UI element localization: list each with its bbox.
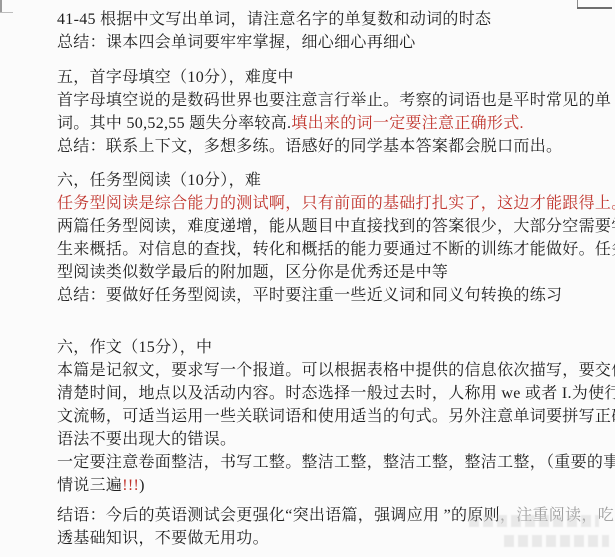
line-text: 结语：今后的英语测试会更强化“突出语篇，强调应用 ”的原则 — [57, 507, 500, 524]
line-text: 清楚时间，地点以及活动内容。时态选择一般过去时，人称用 we 或者 I.为使行 — [57, 385, 615, 402]
section-word-writing-tail: 41-45 根据中文写出单词，请注意名字的单复数和动词的时态 总结：课本四会单词… — [57, 8, 602, 54]
line-text: 情说三遍 — [57, 477, 122, 494]
text-line: 总结：课本四会单词要牢牢掌握，细心细心再细心 — [57, 31, 602, 54]
line-text: 一定要注意卷面整洁，书写工整。整洁工整，整洁工整，整洁工整，（重要的事 — [57, 454, 615, 471]
emphasis-exclamations: !!! — [122, 477, 139, 494]
section-heading: 六，任务型阅读（10分），难 — [57, 169, 602, 192]
text-line: 语法不要出现大的错误。 — [57, 428, 602, 451]
text-line: 41-45 根据中文写出单词，请注意名字的单复数和动词的时态 — [57, 8, 602, 31]
exam-review-document: 41-45 根据中文写出单词，请注意名字的单复数和动词的时态 总结：课本四会单词… — [57, 8, 602, 550]
line-text: 六，任务型阅读（10分），难 — [57, 172, 261, 189]
highlighted-warning-text: 填出来的词一定要注意正确形式. — [291, 115, 524, 132]
text-line: 首字母填空说的是数码世界也要注意言行举止。考察的词语也是平时常见的单 — [57, 89, 602, 112]
watermark — [459, 513, 609, 553]
text-line: 一定要注意卷面整洁，书写工整。整洁工整，整洁工整，整洁工整，（重要的事 — [57, 451, 602, 474]
text-line: 总结：联系上下文，多想多练。语感好的同学基本答案都会脱口而出。 — [57, 135, 602, 158]
text-line: 本篇是记叙文，要求写一个报道。可以根据表格中提供的信息依次描写，要交代 — [57, 359, 602, 382]
line-text: 五，首字母填空（10分），难度中 — [57, 69, 294, 86]
text-line: 两篇任务型阅读，难度递增，能从题目中直接找到的答案很少，大部分空需要学 — [57, 215, 602, 238]
section-task-reading: 六，任务型阅读（10分），难 任务型阅读是综合能力的测试啊，只有前面的基础打扎实… — [57, 169, 602, 307]
line-text: 两篇任务型阅读，难度递增，能从题目中直接找到的答案很少，大部分空需要学 — [57, 218, 615, 235]
line-text: 文流畅，可适当运用一些关联词语和使用适当的句式。另外注意单词要拼写正确， — [57, 408, 615, 425]
line-text: 总结：联系上下文，多想多练。语感好的同学基本答案都会脱口而出。 — [57, 138, 562, 155]
text-line: 文流畅，可适当运用一些关联词语和使用适当的句式。另外注意单词要拼写正确， — [57, 405, 602, 428]
text-line: 总结：要做好任务型阅读，平时要注重一些近义词和同义句转换的练习 — [57, 284, 602, 307]
text-line: 情说三遍!!!) — [57, 474, 602, 497]
line-text: 透基础知识，不要做无用功。 — [57, 530, 269, 547]
line-text: 总结：要做好任务型阅读，平时要注重一些近义词和同义句转换的练习 — [57, 287, 562, 304]
line-text: 本篇是记叙文，要求写一个报道。可以根据表格中提供的信息依次描写，要交代 — [57, 362, 615, 379]
line-text: 总结：课本四会单词要牢牢掌握，细心细心再细心 — [57, 34, 416, 51]
section-composition: 六，作文（15分），中 本篇是记叙文，要求写一个报道。可以根据表格中提供的信息依… — [57, 336, 602, 497]
highlighted-line: 任务型阅读是综合能力的测试啊，只有前面的基础打扎实了，这边才能跟得上。 — [57, 192, 602, 215]
text-line: 型阅读类似数学最后的附加题，区分你是优秀还是中等 — [57, 261, 602, 284]
line-text: 语法不要出现大的错误。 — [57, 431, 236, 448]
line-text: 41-45 根据中文写出单词，请注意名字的单复数和动词的时态 — [57, 11, 491, 28]
watermark-row — [504, 535, 609, 547]
line-text: 生来概括。对信息的查找，转化和概括的能力要通过不断的训练才能做好。任务 — [57, 241, 615, 258]
line-text: 六，作文（15分），中 — [57, 339, 212, 356]
text-line: 词。其中 50,52,55 题失分率较高.填出来的词一定要注意正确形式. — [57, 112, 602, 135]
line-text: 词。其中 50,52,55 题失分率较高. — [57, 115, 291, 132]
line-text: ) — [139, 477, 145, 494]
text-line: 清楚时间，地点以及活动内容。时态选择一般过去时，人称用 we 或者 I.为使行 — [57, 382, 602, 405]
watermark-row — [469, 515, 599, 527]
section-first-letter-blank: 五，首字母填空（10分），难度中 首字母填空说的是数码世界也要注意言行举止。考察… — [57, 66, 602, 158]
text-line: 生来概括。对信息的查找，转化和概括的能力要通过不断的训练才能做好。任务 — [57, 238, 602, 261]
highlighted-warning-text: 任务型阅读是综合能力的测试啊，只有前面的基础打扎实了，这边才能跟得上。 — [57, 195, 615, 212]
line-text: 首字母填空说的是数码世界也要注意言行举止。考察的词语也是平时常见的单 — [57, 92, 611, 109]
border-fragment-top-left-horizontal — [0, 12, 13, 13]
section-heading: 五，首字母填空（10分），难度中 — [57, 66, 602, 89]
section-heading: 六，作文（15分），中 — [57, 336, 602, 359]
line-text: 型阅读类似数学最后的附加题，区分你是优秀还是中等 — [57, 264, 448, 281]
